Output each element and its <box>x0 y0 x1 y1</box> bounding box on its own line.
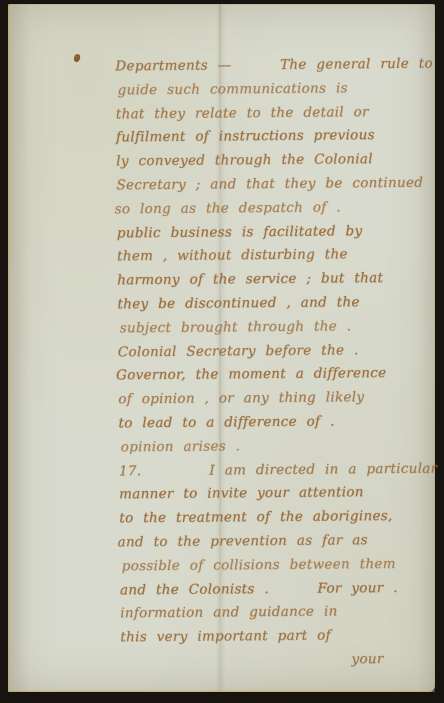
manuscript-line: and to the prevention as far as <box>117 529 432 556</box>
manuscript-line: public business is facilitated by <box>117 219 430 246</box>
scan-frame: Departments — The general rule to guide … <box>0 0 444 703</box>
manuscript-line: fulfilment of instructions previous <box>116 124 429 151</box>
manuscript-line: Secretary ; and that they be continued <box>116 172 429 199</box>
manuscript-line: they be discontinued , and the <box>117 291 430 318</box>
ink-blot <box>73 53 81 62</box>
manuscript-line: possible of collisions between them <box>122 552 433 579</box>
paper-edge-bottom <box>8 689 435 692</box>
manuscript-line: subject brought through the . <box>120 314 431 341</box>
manuscript-line: Colonial Secretary before the . <box>118 338 431 365</box>
manuscript-page: Departments — The general rule to guide … <box>8 4 435 692</box>
manuscript-line: this very important part of <box>120 624 433 651</box>
manuscript-line: manner to invite your attention <box>119 481 432 508</box>
manuscript-line: and the Colonists . For your . <box>120 576 433 603</box>
manuscript-line: Governor, the moment a difference <box>116 362 431 389</box>
manuscript-line: opinion arises . <box>121 433 432 460</box>
manuscript-line-paragraph-17: 17. I am directed in a particular <box>119 457 432 484</box>
paper-edge-left <box>8 4 11 692</box>
manuscript-line: of opinion , or any thing likely <box>118 386 431 413</box>
manuscript-line: guide such communications is <box>118 76 429 103</box>
manuscript-line: that they relate to the detail or <box>116 100 429 127</box>
manuscript-line: them , without disturbing the <box>117 243 430 270</box>
manuscript-line: so long as the despatch of . <box>115 195 430 222</box>
manuscript-line: to the treatment of the aborigines, <box>119 505 432 532</box>
manuscript-line: harmony of the service ; but that <box>117 267 430 294</box>
catchword: your <box>120 648 433 675</box>
manuscript-line: information and guidance in <box>120 600 433 627</box>
manuscript-line: ly conveyed through the Colonial <box>116 148 429 175</box>
manuscript-line: Departments — The general rule to <box>115 53 428 80</box>
handwritten-text-block: Departments — The general rule to guide … <box>115 53 433 674</box>
manuscript-line: to lead to a difference of . <box>118 410 431 437</box>
